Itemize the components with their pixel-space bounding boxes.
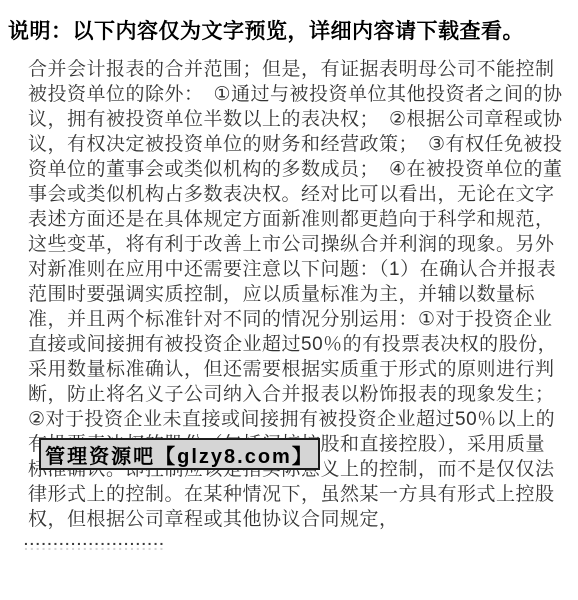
text-line: 资单位的董事会或类似机构的多数成员； ④在被投资单位的董: [28, 157, 558, 182]
ellipsis-line: ........................: [24, 532, 558, 557]
text-line: 对新准则在应用中还需要注意以下问题：（1）在确认合并报表: [28, 257, 558, 282]
watermark-box: 管理资源吧【glzy8.com】: [39, 438, 320, 470]
text-line: ②对于投资企业未直接或间接拥有被投资企业超过50％以上的: [28, 407, 558, 432]
text-line: 断，防止将名义子公司纳入合并报表以粉饰报表的现象发生；: [28, 382, 558, 407]
text-line: 议，有权决定被投资单位的财务和经营政策； ③有权任免被投: [28, 132, 558, 157]
text-line: 议，拥有被投资单位半数以上的表决权； ②根据公司章程或协: [28, 107, 558, 132]
watermark-text: 管理资源吧【glzy8.com】: [45, 440, 314, 469]
preview-notice: 说明：以下内容仅为文字预览，详细内容请下载查看。: [8, 15, 524, 45]
text-line: 合并会计报表的合并范围；但是，有证据表明母公司不能控制: [28, 57, 558, 82]
text-line: 这些变革，将有利于改善上市公司操纵合并利润的现象。另外: [28, 232, 558, 257]
text-line: 准，并且两个标准针对不同的情况分别运用：①对于投资企业: [28, 307, 558, 332]
document-preview-page: 说明：以下内容仅为文字预览，详细内容请下载查看。 合并会计报表的合并范围；但是，…: [0, 0, 578, 600]
text-line: 律形式上的控制。在某种情况下，虽然某一方具有形式上控股: [28, 482, 558, 507]
text-line: 事会或类似机构占多数表决权。经对比可以看出，无论在文字: [28, 182, 558, 207]
text-line: 表述方面还是在具体规定方面新准则都更趋向于科学和规范，: [28, 207, 558, 232]
text-line: 权，但根据公司章程或其他协议合同规定，: [28, 507, 558, 532]
text-line: 范围时要强调实质控制，应以质量标准为主，并辅以数量标: [28, 282, 558, 307]
text-line: 被投资单位的除外： ①通过与被投资单位其他投资者之间的协: [28, 82, 558, 107]
document-text-block: 合并会计报表的合并范围；但是，有证据表明母公司不能控制 被投资单位的除外： ①通…: [28, 57, 558, 557]
text-line: 直接或间接拥有被投资企业超过50％的有投票表决权的股份，: [28, 332, 558, 357]
text-line: 采用数量标准确认，但还需要根据实质重于形式的原则进行判: [28, 357, 558, 382]
